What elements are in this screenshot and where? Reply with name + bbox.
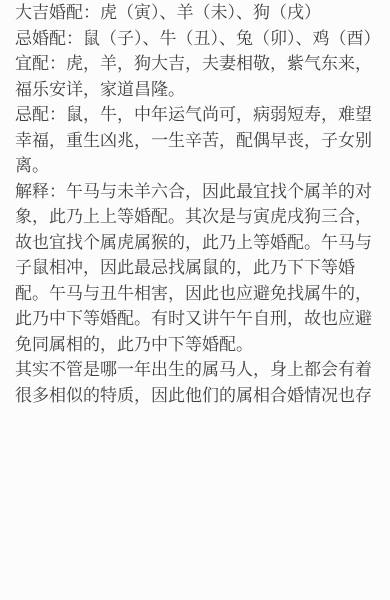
paragraph-avoid-match: 忌婚配：鼠（子）、牛（丑）、兔（卯）、鸡（酉） (15, 26, 375, 52)
paragraph-unsuitable-match: 忌配：鼠，牛，中年运气尚可，病弱短寿，难望幸福，重生凶兆，一生辛苦，配偶早丧，子… (15, 102, 375, 179)
paragraph-explanation: 解释：午马与未羊六合，因此最宜找个属羊的对象，此乃上上等婚配。其次是与寅虎戌狗三… (15, 179, 375, 358)
paragraph-suitable-match: 宜配：虎，羊，狗大吉，夫妻相敬，紫气东来，福乐安详，家道昌隆。 (15, 51, 375, 102)
paragraph-conclusion: 其实不管是哪一年出生的属马人，身上都会有着很多相似的特质，因此他们的属相合婚情况… (15, 357, 375, 408)
paragraph-best-match: 大吉婚配：虎（寅）、羊（未）、狗（戌） (15, 0, 375, 26)
zodiac-horse-marriage-article: 大吉婚配：虎（寅）、羊（未）、狗（戌） 忌婚配：鼠（子）、牛（丑）、兔（卯）、鸡… (0, 0, 390, 600)
